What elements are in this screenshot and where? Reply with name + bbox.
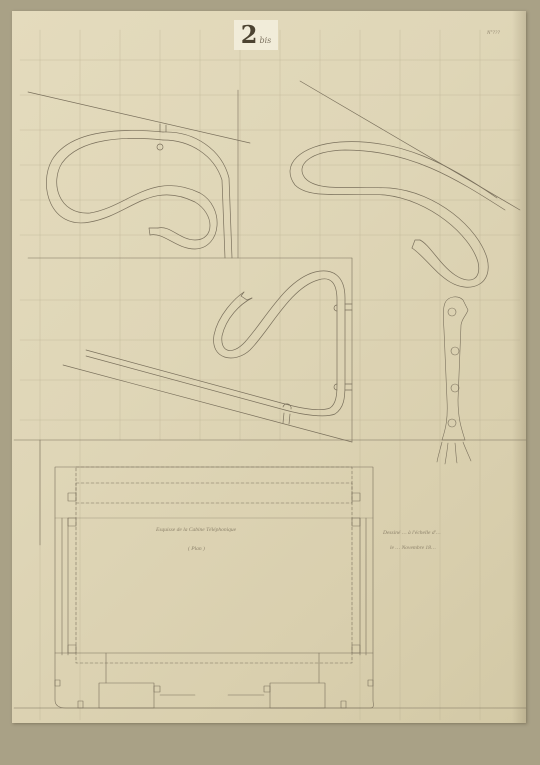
bracket-scroll-left [28, 92, 250, 258]
cabin-plan [40, 440, 373, 708]
sheet-number-label: 2 bis [234, 20, 278, 50]
frame-lines [14, 90, 526, 708]
reference-mark: N°??? [487, 31, 500, 36]
bracket-triangle [63, 271, 352, 442]
sheet-number-suffix: bis [259, 36, 271, 45]
bracket-scroll-right [290, 81, 520, 287]
technical-drawing [0, 0, 540, 765]
bracket-bar-detail [437, 297, 471, 464]
note-line-2: le … Novembre 18… [390, 545, 436, 551]
cabin-subtitle-caption: ( Plan ) [188, 546, 205, 552]
note-line-1: Dessiné … à l'échelle d'… [383, 530, 441, 536]
cabin-title-caption: Esquisse de la Cabine Téléphonique [156, 527, 236, 533]
sheet-number: 2 [241, 20, 258, 50]
